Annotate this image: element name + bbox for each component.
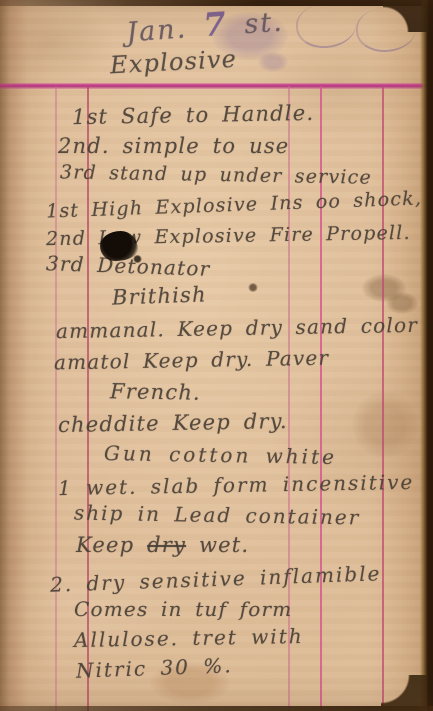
notebook-page: Jan. 7 st. Explosive 1st Safe to Handle.… (0, 0, 433, 711)
struck-word: dry (147, 533, 186, 557)
page-corner-bottom-right (381, 675, 427, 711)
page-edge-right (420, 0, 433, 711)
handwritten-line: Gun cotton white (104, 441, 337, 469)
ink-blot-satellite (133, 255, 142, 263)
stain-right-lower (352, 392, 418, 458)
page-edge-top (0, 0, 433, 6)
handwritten-line: Brithish (112, 282, 208, 309)
handwritten-line: 1st Safe to Handle. (72, 101, 315, 129)
handwritten-line: 1 wet. slab form incensitive (58, 470, 415, 500)
ruled-line-vertical-5 (382, 86, 384, 711)
page-title: Explosive (109, 45, 237, 80)
date-month: Jan. (125, 13, 188, 48)
handwritten-line: ammanal. Keep dry sand color (56, 313, 418, 343)
handwritten-line: Allulose. tret with (74, 624, 304, 652)
purple-smudge-title (258, 52, 288, 72)
binding-crease (0, 0, 30, 711)
handwritten-line: 1st High Explosive Ins oo shock, (46, 187, 423, 222)
handwritten-line: amatol Keep dry. Paver (54, 346, 330, 375)
ruled-line-vertical-1 (55, 86, 57, 711)
handwritten-line: French. (110, 379, 201, 405)
pencil-scribble-mark (294, 1, 358, 51)
date-day-purple: 7 (202, 4, 229, 44)
handwritten-line: ship in Lead container (74, 501, 361, 530)
handwritten-line: 2. dry sensitive inflamible (50, 561, 382, 597)
handwritten-line: Comes in tuf form (74, 597, 292, 621)
handwritten-line: cheddite Keep dry. (58, 409, 288, 437)
stain-right-mid (362, 274, 406, 302)
ruled-line-horizontal-header (0, 83, 433, 89)
handwritten-line-strikethrough: Keep dry wet. (76, 533, 249, 557)
handwritten-line: 2nd. simple to use (58, 134, 289, 158)
date-suffix: st. (243, 7, 284, 41)
date-heading: Jan. 7 st. (125, 1, 285, 50)
handwritten-line: 3rd stand up under service (60, 161, 372, 188)
page-corner-top-right (383, 0, 427, 32)
handwritten-line: Nitric 30 %. (76, 653, 233, 682)
speck-detonator-line (248, 283, 258, 292)
strike-line-after: wet. (186, 533, 249, 557)
strike-line-before: Keep (76, 533, 147, 557)
page-edge-bottom (0, 706, 433, 711)
ink-blot (100, 231, 138, 261)
stain-right-mid-2 (386, 292, 418, 314)
